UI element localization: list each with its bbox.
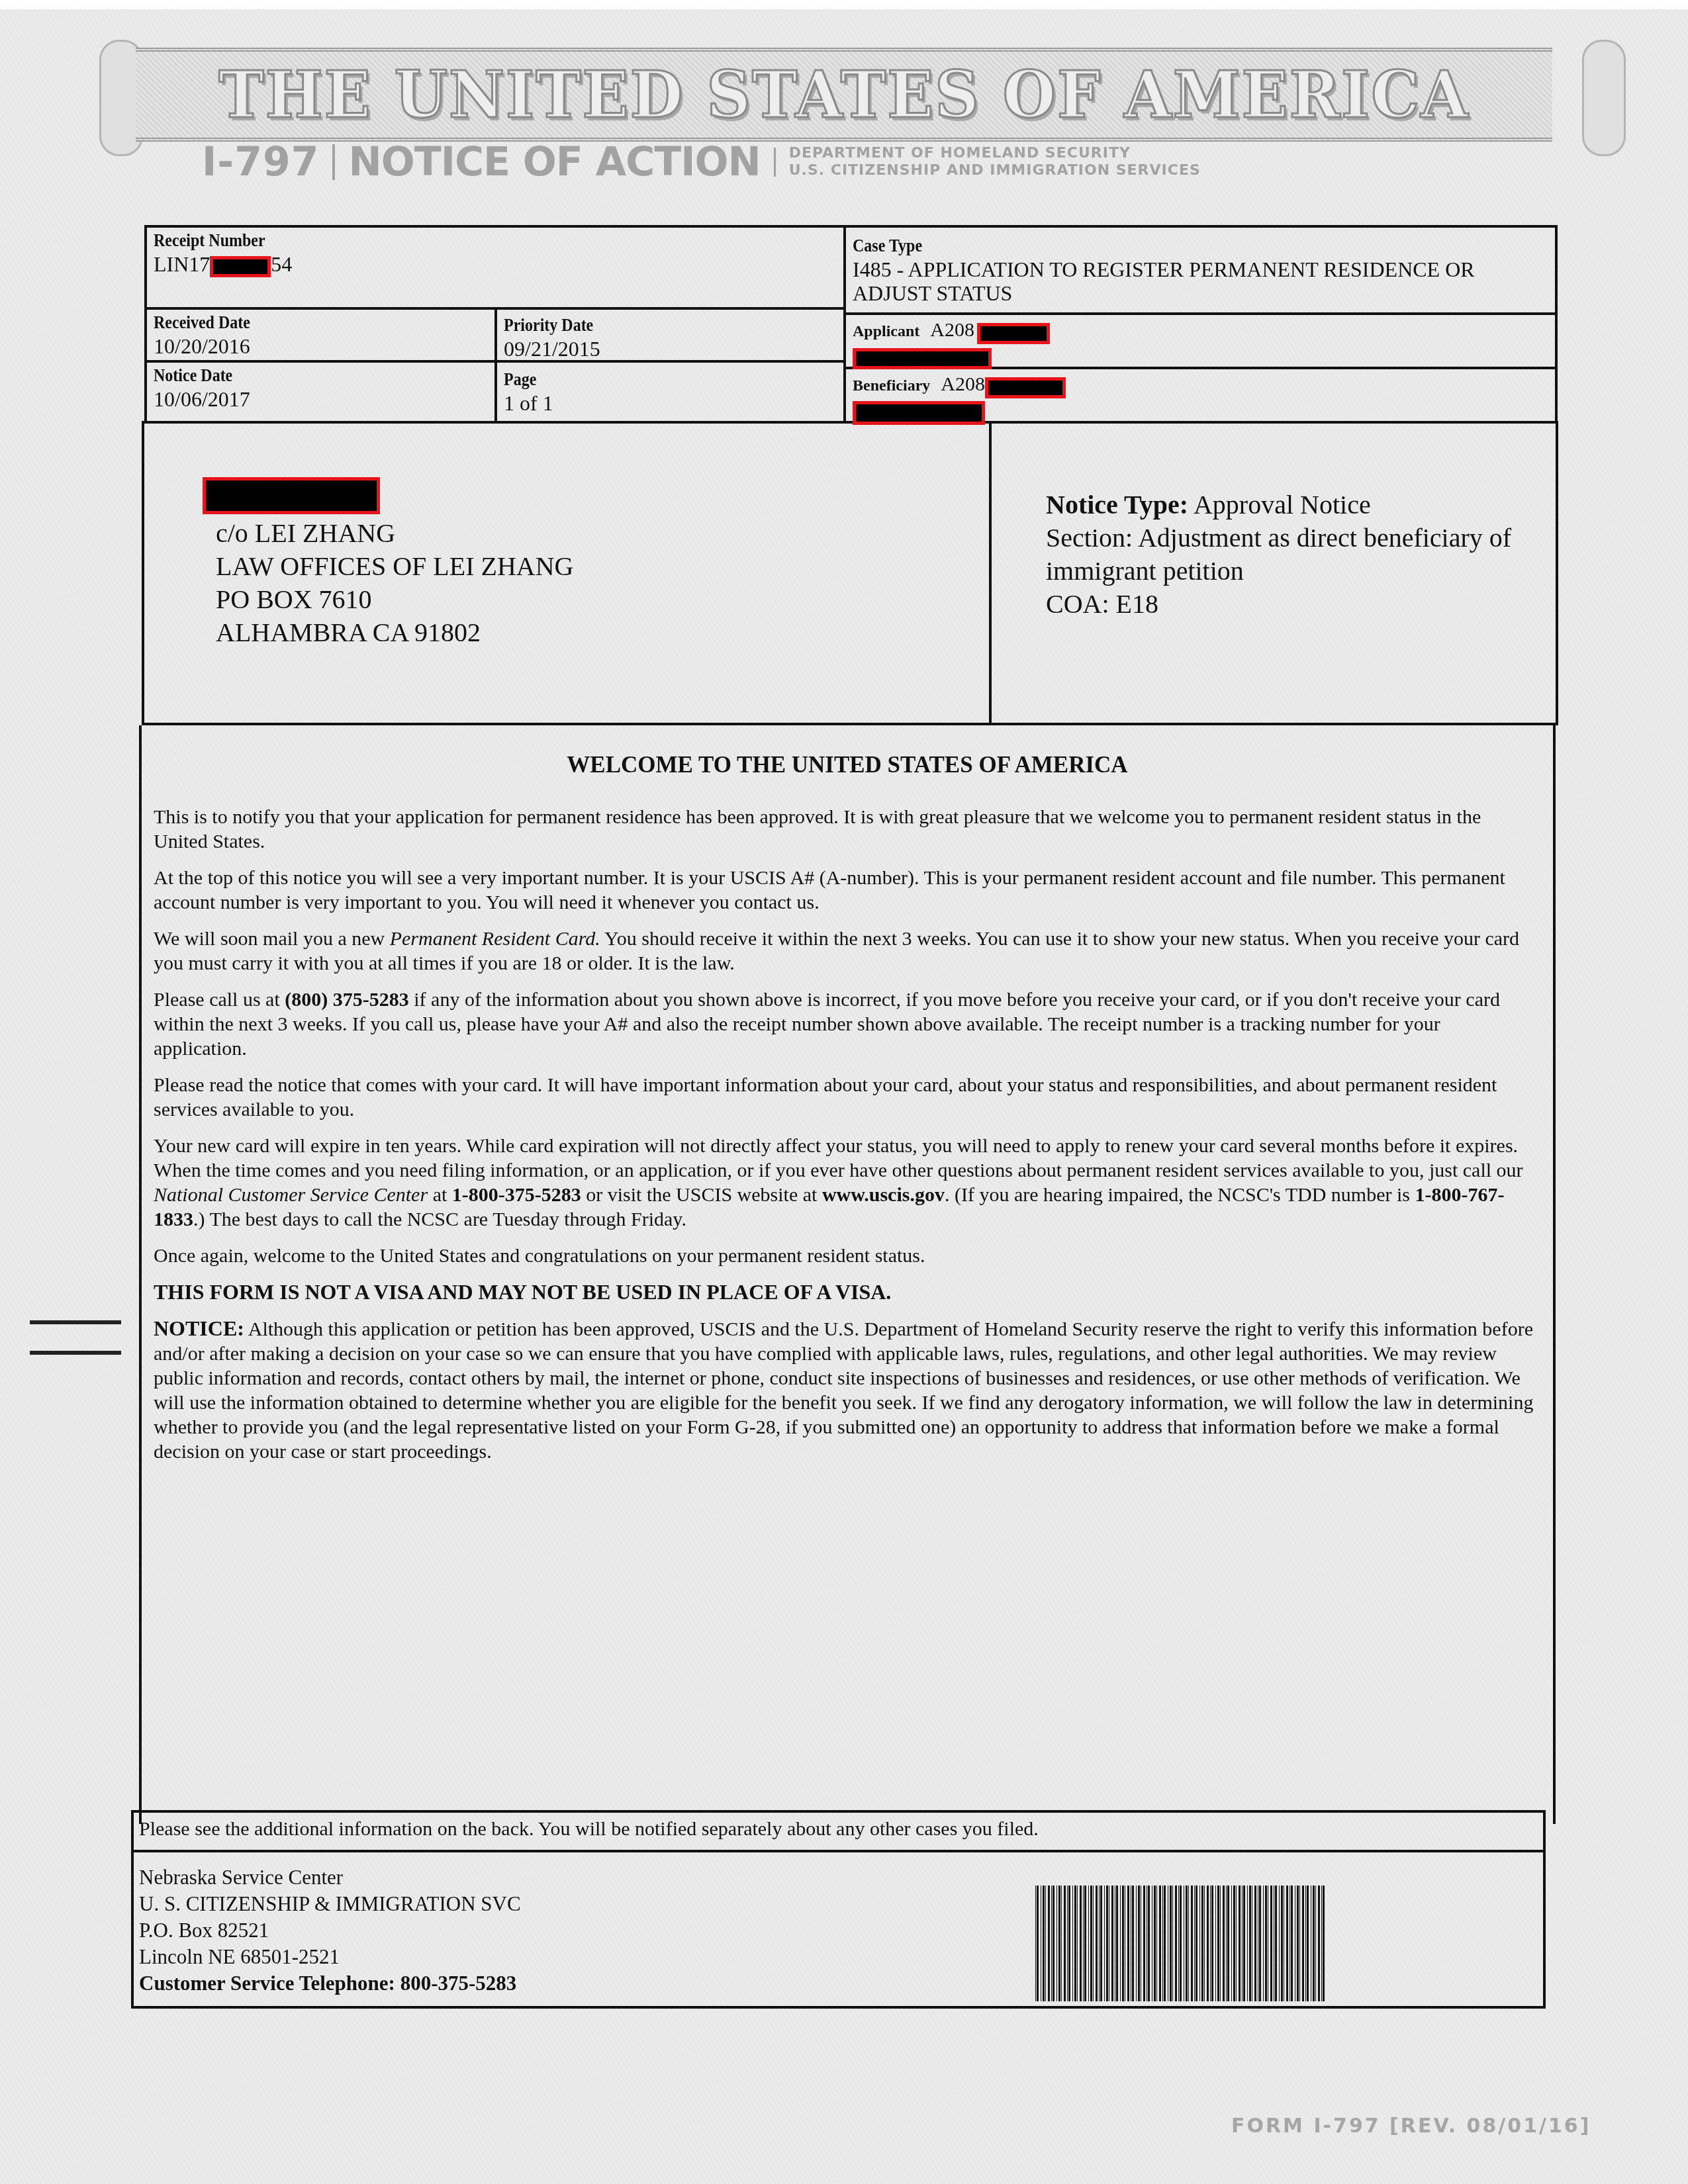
address-line: PO BOX 7610 bbox=[216, 583, 574, 616]
form-title: I-797 NOTICE OF ACTION DEPARTMENT OF HOM… bbox=[202, 139, 1201, 185]
applicant-label: Applicant bbox=[853, 323, 919, 340]
address-line: LAW OFFICES OF LEI ZHANG bbox=[216, 550, 574, 583]
form-revision: FORM I-797 [REV. 08/01/16] bbox=[1231, 2115, 1591, 2138]
redaction-box bbox=[853, 348, 992, 369]
receipt-number-field: Receipt Number LIN1754 bbox=[147, 228, 842, 307]
agency-block: DEPARTMENT OF HOMELAND SECURITY U.S. CIT… bbox=[789, 145, 1201, 179]
priority-date-label: Priority Date bbox=[504, 316, 835, 336]
banner-scroll-ornament bbox=[1582, 40, 1626, 156]
case-type-field: Case Type I485 - APPLICATION TO REGISTER… bbox=[846, 233, 1554, 312]
address-line: c/o LEI ZHANG bbox=[216, 517, 574, 550]
coa-text: COA: E18 bbox=[1046, 588, 1549, 621]
applicant-field: Applicant A208 bbox=[846, 315, 1554, 373]
body-paragraphs: This is to notify you that your applicat… bbox=[154, 805, 1537, 1476]
title-divider bbox=[332, 144, 335, 180]
redaction-box bbox=[210, 256, 271, 277]
mailing-address: c/o LEI ZHANG LAW OFFICES OF LEI ZHANG P… bbox=[203, 477, 574, 649]
ncsc-phone: 1-800-375-5283 bbox=[452, 1184, 581, 1206]
banner-text: THE UNITED STATES OF AMERICA bbox=[218, 57, 1470, 132]
department-name: DEPARTMENT OF HOMELAND SECURITY bbox=[789, 145, 1131, 161]
fold-marks bbox=[30, 1320, 121, 1381]
notice-paragraph: NOTICE: Although this application or pet… bbox=[154, 1316, 1537, 1464]
country-banner: THE UNITED STATES OF AMERICA bbox=[136, 48, 1552, 142]
page-value: 1 of 1 bbox=[504, 391, 835, 416]
paragraph: Please call us at (800) 375-5283 if any … bbox=[154, 987, 1537, 1061]
barcode bbox=[1035, 1886, 1333, 2001]
welcome-heading: WELCOME TO THE UNITED STATES OF AMERICA bbox=[142, 752, 1553, 778]
title-divider bbox=[774, 148, 776, 177]
case-info-grid: Receipt Number LIN1754 Case Type I485 - … bbox=[144, 225, 1558, 424]
beneficiary-field: Beneficiary A208 bbox=[846, 369, 1554, 429]
receipt-number-value: LIN1754 bbox=[154, 252, 835, 277]
paragraph: Once again, welcome to the United States… bbox=[154, 1244, 1537, 1268]
notice-type-block: Notice Type: Approval Notice Section: Ad… bbox=[1046, 488, 1549, 621]
paragraph: At the top of this notice you will see a… bbox=[154, 866, 1537, 915]
redaction-box bbox=[985, 377, 1066, 398]
beneficiary-a-number: A208 bbox=[941, 373, 985, 395]
visa-disclaimer: THIS FORM IS NOT A VISA AND MAY NOT BE U… bbox=[154, 1280, 1537, 1304]
notice-type-value: Approval Notice bbox=[1194, 490, 1371, 520]
customer-service-phone: Customer Service Telephone: 800-375-5283 bbox=[139, 1972, 516, 1995]
agency-name: U.S. CITIZENSHIP AND IMMIGRATION SERVICE… bbox=[789, 162, 1201, 179]
receipt-number-label: Receipt Number bbox=[154, 232, 835, 251]
uscis-website-link[interactable]: www.uscis.gov bbox=[822, 1184, 945, 1206]
form-name: NOTICE OF ACTION bbox=[348, 139, 760, 185]
page-label: Page bbox=[504, 371, 835, 390]
address-line: Nebraska Service Center bbox=[139, 1864, 521, 1891]
service-center-address: Nebraska Service Center U. S. CITIZENSHI… bbox=[139, 1864, 521, 1970]
received-date-field: Received Date 10/20/2016 bbox=[147, 310, 494, 363]
notice-body: WELCOME TO THE UNITED STATES OF AMERICA … bbox=[139, 725, 1556, 1824]
page-field: Page 1 of 1 bbox=[497, 367, 841, 420]
redaction-box bbox=[977, 323, 1050, 344]
address-line: U. S. CITIZENSHIP & IMMIGRATION SVC bbox=[139, 1891, 521, 1917]
address-line: ALHAMBRA CA 91802 bbox=[216, 616, 574, 649]
paragraph: Your new card will expire in ten years. … bbox=[154, 1134, 1537, 1232]
form-number: I-797 bbox=[202, 139, 319, 185]
received-date-value: 10/20/2016 bbox=[154, 334, 488, 359]
receipt-suffix: 54 bbox=[271, 252, 292, 276]
notice-date-value: 10/06/2017 bbox=[154, 387, 488, 412]
receipt-prefix: LIN17 bbox=[154, 252, 210, 276]
paragraph: We will soon mail you a new Permanent Re… bbox=[154, 927, 1537, 976]
priority-date-field: Priority Date 09/21/2015 bbox=[497, 312, 841, 365]
redaction-box bbox=[203, 477, 380, 514]
paragraph: This is to notify you that your applicat… bbox=[154, 805, 1537, 854]
applicant-a-number: A208 bbox=[930, 319, 974, 341]
notice-date-label: Notice Date bbox=[154, 367, 488, 387]
phone-number: (800) 375-5283 bbox=[285, 989, 408, 1011]
case-type-label: Case Type bbox=[853, 237, 1548, 257]
case-type-value: I485 - APPLICATION TO REGISTER PERMANENT… bbox=[853, 257, 1548, 305]
priority-date-value: 09/21/2015 bbox=[504, 337, 835, 361]
notice-type-label: Notice Type: bbox=[1046, 490, 1188, 520]
additional-info-note: Please see the additional information on… bbox=[139, 1818, 1039, 1841]
beneficiary-label: Beneficiary bbox=[853, 377, 930, 394]
section-text: Section: Adjustment as direct beneficiar… bbox=[1046, 522, 1549, 588]
service-center-section: Please see the additional information on… bbox=[131, 1810, 1546, 2009]
notice-date-field: Notice Date 10/06/2017 bbox=[147, 363, 494, 416]
received-date-label: Received Date bbox=[154, 314, 488, 334]
address-line: P.O. Box 82521 bbox=[139, 1917, 521, 1944]
paragraph: Please read the notice that comes with y… bbox=[154, 1073, 1537, 1122]
address-line: Lincoln NE 68501-2521 bbox=[139, 1944, 521, 1970]
